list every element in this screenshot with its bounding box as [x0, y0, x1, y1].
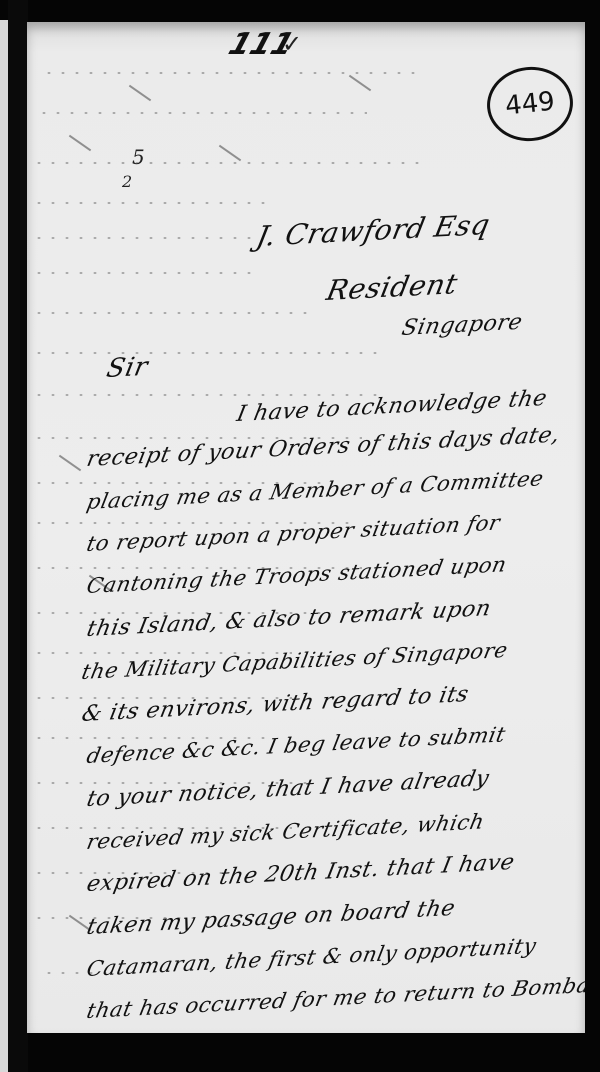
letter-page: 111 ✓ 449 5 2 J. Crawford Esq Resident S… — [27, 22, 585, 1033]
binding-shadow — [8, 0, 28, 1072]
body-line: to report upon a proper situation for — [85, 511, 503, 556]
body-line: to your notice, that I have already — [85, 766, 492, 812]
bleed-through — [42, 72, 422, 74]
check-mark-icon: ✓ — [282, 30, 302, 58]
bleed-stroke — [349, 75, 371, 92]
body-line: the Military Capabilities of Singapore — [80, 638, 510, 684]
bleed-stroke — [69, 135, 91, 152]
bleed-stroke — [129, 85, 151, 102]
body-line: expired on the 20th Inst. that I have — [85, 850, 517, 897]
body-line: receipt of your Orders of this days date… — [85, 423, 563, 472]
body-line: placing me as a Member of a Committee — [85, 466, 546, 514]
body-line: defence &c &c. I beg leave to submit — [85, 722, 508, 768]
circled-page-number: 449 — [483, 63, 576, 146]
salutation: Sir — [104, 352, 150, 384]
body-line: Cantoning the Troops stationed upon — [85, 552, 509, 598]
bleed-through — [32, 352, 382, 354]
bleed-through — [32, 162, 422, 164]
bleed-through — [32, 202, 272, 204]
margin-mark: 2 — [122, 172, 132, 191]
body-line: I have to acknowledge the — [235, 386, 550, 427]
addressee-name: J. Crawford Esq — [254, 208, 493, 253]
body-line: Catamaran, the first & only opportunity — [85, 934, 539, 981]
body-line: that has occurred for me to return to Bo… — [85, 972, 585, 1023]
bleed-through — [32, 237, 252, 239]
bleed-through — [37, 112, 367, 114]
page-number-text: 449 — [504, 86, 557, 121]
adjacent-page-edge — [0, 20, 8, 1072]
margin-mark: 5 — [132, 145, 145, 169]
addressee-place: Singapore — [400, 310, 525, 341]
body-line: taken my passage on board the — [85, 896, 458, 940]
bleed-through — [32, 312, 312, 314]
bleed-through — [32, 272, 252, 274]
body-line: this Island, & also to remark upon — [85, 596, 494, 642]
bleed-through — [32, 394, 382, 396]
addressee-title: Resident — [324, 267, 461, 307]
bleed-stroke — [59, 455, 81, 472]
bleed-stroke — [219, 145, 241, 162]
body-line: & its environs, with regard to its — [80, 682, 471, 727]
body-line: received my sick Certificate, which — [85, 809, 487, 854]
